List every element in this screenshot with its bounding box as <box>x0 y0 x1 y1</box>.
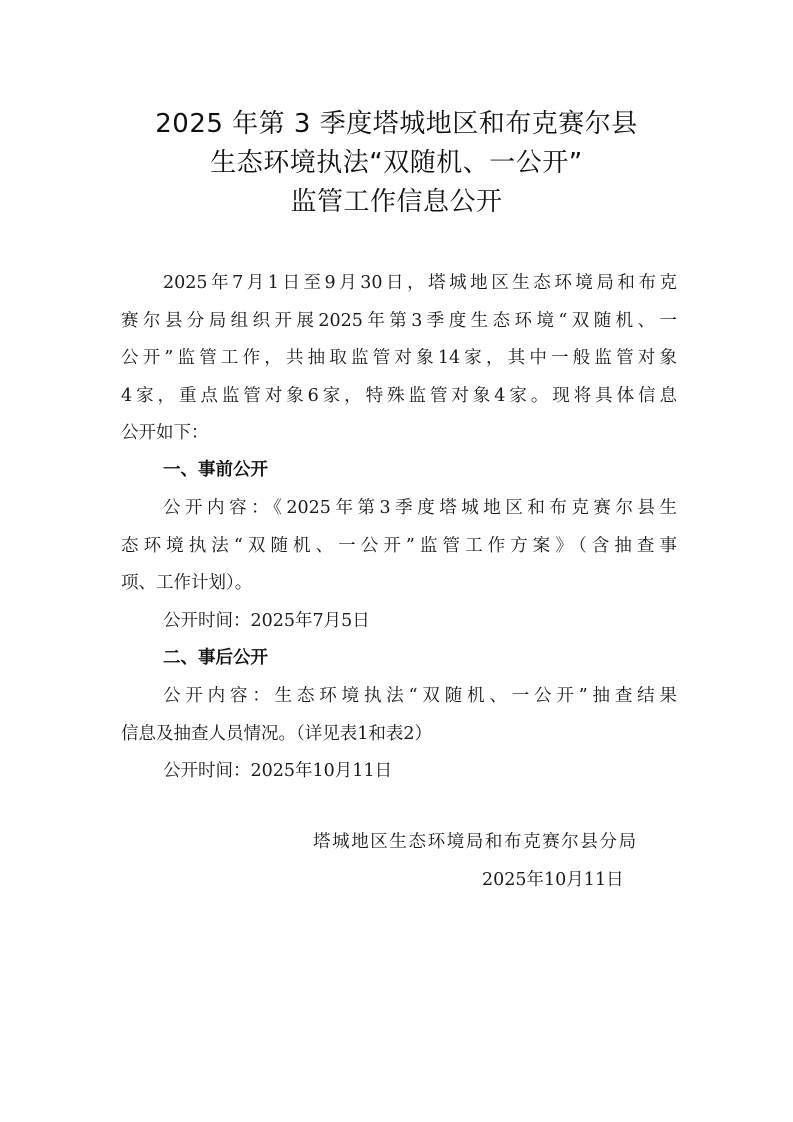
intro-line: 公开如下： <box>121 415 677 453</box>
section-2-heading: 二、事后公开 <box>163 640 268 678</box>
section-2-content: 公开内容：生态环境执法“双随机、一公开”抽查结果 信息及抽查人员情况。（详见表1… <box>121 678 677 791</box>
section-2-time: 公开时间：2025年10月11日 <box>121 753 677 791</box>
section-1-content-line: 态环境执法“双随机、一公开”监管工作方案》（含抽查事 <box>121 528 677 566</box>
intro-line: 2025年7月1日至9月30日，塔城地区生态环境局和布克 <box>121 265 677 303</box>
document-page: 2025 年第 3 季度塔城地区和布克赛尔县 生态环境执法“双随机、一公开” 监… <box>0 0 793 1122</box>
intro-line: 赛尔县分局组织开展2025年第3季度生态环境“双随机、一 <box>121 303 677 341</box>
section-2-content-line: 信息及抽查人员情况。（详见表1和表2） <box>121 716 677 754</box>
section-2-content-line: 公开内容：生态环境执法“双随机、一公开”抽查结果 <box>121 678 677 716</box>
signature-organization: 塔城地区生态环境局和布克赛尔县分局 <box>313 824 638 862</box>
section-1-content: 公开内容：《2025年第3季度塔城地区和布克赛尔县生 态环境执法“双随机、一公开… <box>121 490 677 640</box>
intro-line: 公开”监管工作，共抽取监管对象14家，其中一般监管对象 <box>121 340 677 378</box>
title-line-3: 监管工作信息公开 <box>0 182 793 222</box>
intro-line: 4家，重点监管对象6家，特殊监管对象4家。现将具体信息 <box>121 378 677 416</box>
intro-paragraph: 2025年7月1日至9月30日，塔城地区生态环境局和布克 赛尔县分局组织开展20… <box>121 265 677 453</box>
section-1-content-line: 项、工作计划）。 <box>121 565 677 603</box>
section-1-time: 公开时间：2025年7月5日 <box>121 603 677 641</box>
title-line-1: 2025 年第 3 季度塔城地区和布克赛尔县 <box>0 104 793 144</box>
title-line-2: 生态环境执法“双随机、一公开” <box>0 143 793 183</box>
section-1-content-line: 公开内容：《2025年第3季度塔城地区和布克赛尔县生 <box>121 490 677 528</box>
signature-date: 2025年10月11日 <box>482 862 624 900</box>
section-1-heading: 一、事前公开 <box>163 452 268 490</box>
